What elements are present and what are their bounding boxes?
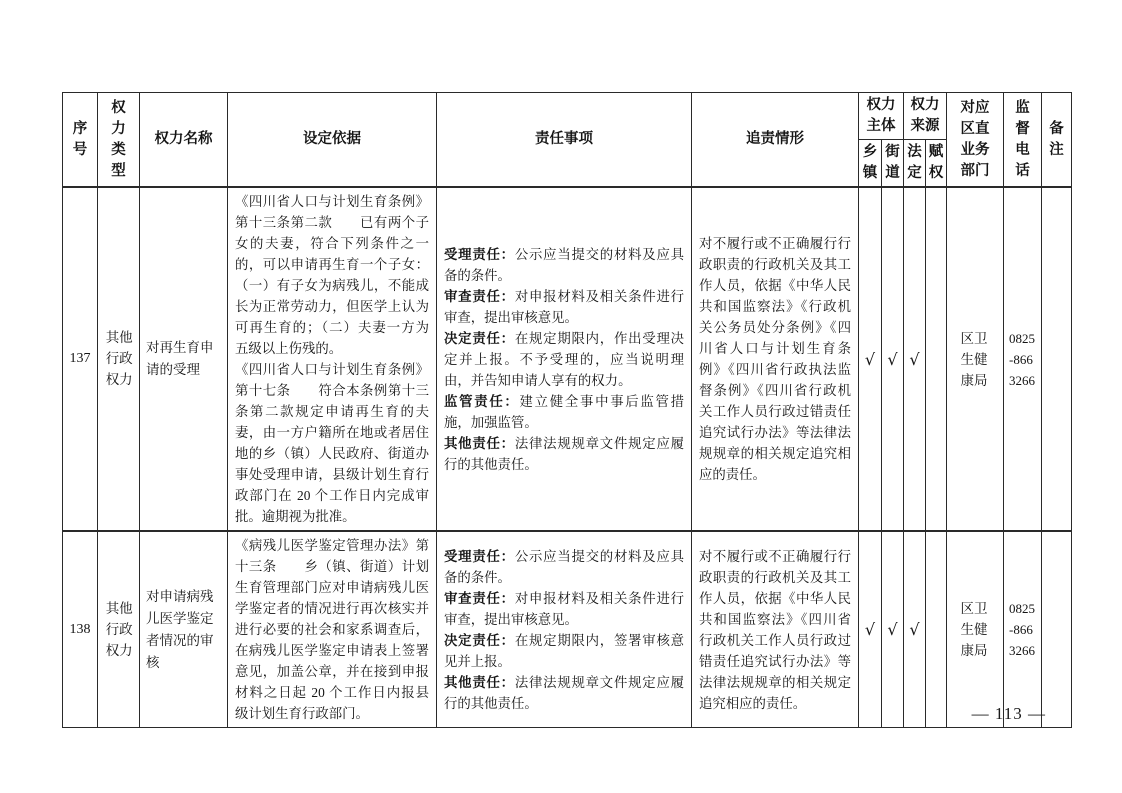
header-statutory: 法定 <box>904 140 926 188</box>
cell-power-type: 其他行政权力 <box>98 187 140 531</box>
duty-label: 其他责任： <box>444 675 515 690</box>
header-duties: 责任事项 <box>437 93 692 188</box>
cell-basis: 《病残儿医学鉴定管理办法》第十三条 乡（镇、街道）计划生育管理部门应对申请病残儿… <box>228 531 437 728</box>
document-page: 序号 权力类型 权力名称 设定依据 责任事项 追责情形 权力主体 权力来源 对应… <box>0 0 1122 793</box>
cell-power-name: 对申请病残儿医学鉴定者情况的审核 <box>140 531 228 728</box>
department-text: 区卫生健康局 <box>960 328 989 391</box>
cell-department: 区卫生健康局 <box>947 531 1004 728</box>
cell-basis: 《四川省人口与计划生育条例》第十三条第二款 已有两个子女的夫妻，符合下列条件之一… <box>228 187 437 531</box>
duty-label: 其他责任： <box>444 436 515 451</box>
header-power-subject-label: 权力主体 <box>865 95 898 137</box>
cell-empowered-check <box>926 187 947 531</box>
header-power-name-label: 权力名称 <box>155 131 213 147</box>
header-seq: 序号 <box>63 93 98 188</box>
duty-item: 决定责任：在规定期限内，作出受理决定并上报。不予受理的，应当说明理由，并告知申请… <box>444 328 684 391</box>
header-power-source-label: 权力来源 <box>909 95 942 137</box>
basis-paragraph: 《病残儿医学鉴定管理办法》第十三条 乡（镇、街道）计划生育管理部门应对申请病残儿… <box>235 535 429 724</box>
duty-item: 监管责任：建立健全事中事后监管措施，加强监管。 <box>444 391 684 433</box>
duty-label: 审查责任： <box>444 591 515 606</box>
header-basis-label: 设定依据 <box>303 131 361 147</box>
header-department-label: 对应区直业务部门 <box>959 98 992 182</box>
cell-accountability: 对不履行或不正确履行行政职责的行政机关及其工作人员，依据《中华人民共和国监察法》… <box>692 187 859 531</box>
cell-phone: 0825-8663266 <box>1004 531 1042 728</box>
cell-seq: 138 <box>63 531 98 728</box>
table-header: 序号 权力类型 权力名称 设定依据 责任事项 追责情形 权力主体 权力来源 对应… <box>63 93 1072 188</box>
duty-label: 受理责任： <box>444 247 515 262</box>
duty-label: 审查责任： <box>444 289 515 304</box>
cell-empowered-check <box>926 531 947 728</box>
duty-label: 监管责任： <box>444 394 520 409</box>
duty-item: 其他责任：法律法规规章文件规定应履行的其他责任。 <box>444 672 684 714</box>
cell-statutory-check: √ <box>904 531 926 728</box>
header-power-name: 权力名称 <box>140 93 228 188</box>
duty-item: 决定责任：在规定期限内，签署审核意见并上报。 <box>444 630 684 672</box>
cell-accountability: 对不履行或不正确履行行政职责的行政机关及其工作人员，依据《中华人民共和国监察法》… <box>692 531 859 728</box>
header-remarks-label: 备注 <box>1048 119 1065 161</box>
power-type-text: 其他行政权力 <box>104 598 134 661</box>
cell-subdistrict-check: √ <box>882 531 904 728</box>
basis-paragraph: 《四川省人口与计划生育条例》第十七条 符合本条例第十三条第二款规定申请再生育的夫… <box>235 359 429 527</box>
cell-phone: 0825-8663266 <box>1004 187 1042 531</box>
header-statutory-label: 法定 <box>906 142 923 184</box>
cell-department: 区卫生健康局 <box>947 187 1004 531</box>
header-basis: 设定依据 <box>228 93 437 188</box>
header-empowered-label: 赋权 <box>928 142 945 184</box>
accountability-text: 对不履行或不正确履行行政职责的行政机关及其工作人员，依据《中华人民共和国监察法》… <box>699 546 851 714</box>
power-type-text: 其他行政权力 <box>104 327 134 390</box>
duty-item: 审查责任：对申报材料及相关条件进行审查，提出审核意见。 <box>444 588 684 630</box>
cell-remarks <box>1042 531 1072 728</box>
phone-text: 0825-8663266 <box>1009 598 1036 661</box>
header-accountability-label: 追责情形 <box>746 131 804 147</box>
header-phone: 监督电话 <box>1004 93 1042 188</box>
power-list-table: 序号 权力类型 权力名称 设定依据 责任事项 追责情形 权力主体 权力来源 对应… <box>62 92 1072 728</box>
page-number: — 113 — <box>972 704 1046 724</box>
header-empowered: 赋权 <box>926 140 947 188</box>
header-seq-label: 序号 <box>72 119 89 161</box>
duty-item: 受理责任：公示应当提交的材料及应具备的条件。 <box>444 546 684 588</box>
header-power-type: 权力类型 <box>98 93 140 188</box>
header-subdistrict: 街道 <box>882 140 904 188</box>
header-remarks: 备注 <box>1042 93 1072 188</box>
header-duties-label: 责任事项 <box>535 131 593 147</box>
phone-text: 0825-8663266 <box>1009 328 1036 391</box>
duty-item: 受理责任：公示应当提交的材料及应具备的条件。 <box>444 244 684 286</box>
duty-label: 决定责任： <box>444 633 515 648</box>
duty-label: 决定责任： <box>444 331 515 346</box>
cell-remarks <box>1042 187 1072 531</box>
header-township: 乡镇 <box>859 140 882 188</box>
cell-power-type: 其他行政权力 <box>98 531 140 728</box>
duty-label: 受理责任： <box>444 549 515 564</box>
department-text: 区卫生健康局 <box>960 598 989 661</box>
duty-item: 其他责任：法律法规规章文件规定应履行的其他责任。 <box>444 433 684 475</box>
header-power-subject: 权力主体 <box>859 93 904 140</box>
basis-paragraph: 《四川省人口与计划生育条例》第十三条第二款 已有两个子女的夫妻，符合下列条件之一… <box>235 191 429 359</box>
duty-item: 审查责任：对申报材料及相关条件进行审查，提出审核意见。 <box>444 286 684 328</box>
accountability-text: 对不履行或不正确履行行政职责的行政机关及其工作人员，依据《中华人民共和国监察法》… <box>699 233 851 485</box>
cell-seq: 137 <box>63 187 98 531</box>
header-phone-label: 监督电话 <box>1014 98 1031 182</box>
header-accountability: 追责情形 <box>692 93 859 188</box>
table-row-138: 138 其他行政权力 对申请病残儿医学鉴定者情况的审核 《病残儿医学鉴定管理办法… <box>63 531 1072 728</box>
table-row-137: 137 其他行政权力 对再生育申请的受理 《四川省人口与计划生育条例》第十三条第… <box>63 187 1072 531</box>
cell-statutory-check: √ <box>904 187 926 531</box>
cell-township-check: √ <box>859 531 882 728</box>
cell-duties: 受理责任：公示应当提交的材料及应具备的条件。 审查责任：对申报材料及相关条件进行… <box>437 187 692 531</box>
header-power-source: 权力来源 <box>904 93 947 140</box>
header-subdistrict-label: 街道 <box>884 142 901 184</box>
cell-power-name: 对再生育申请的受理 <box>140 187 228 531</box>
header-department: 对应区直业务部门 <box>947 93 1004 188</box>
cell-subdistrict-check: √ <box>882 187 904 531</box>
cell-duties: 受理责任：公示应当提交的材料及应具备的条件。 审查责任：对申报材料及相关条件进行… <box>437 531 692 728</box>
header-township-label: 乡镇 <box>862 142 879 184</box>
cell-township-check: √ <box>859 187 882 531</box>
header-power-type-label: 权力类型 <box>110 98 127 182</box>
